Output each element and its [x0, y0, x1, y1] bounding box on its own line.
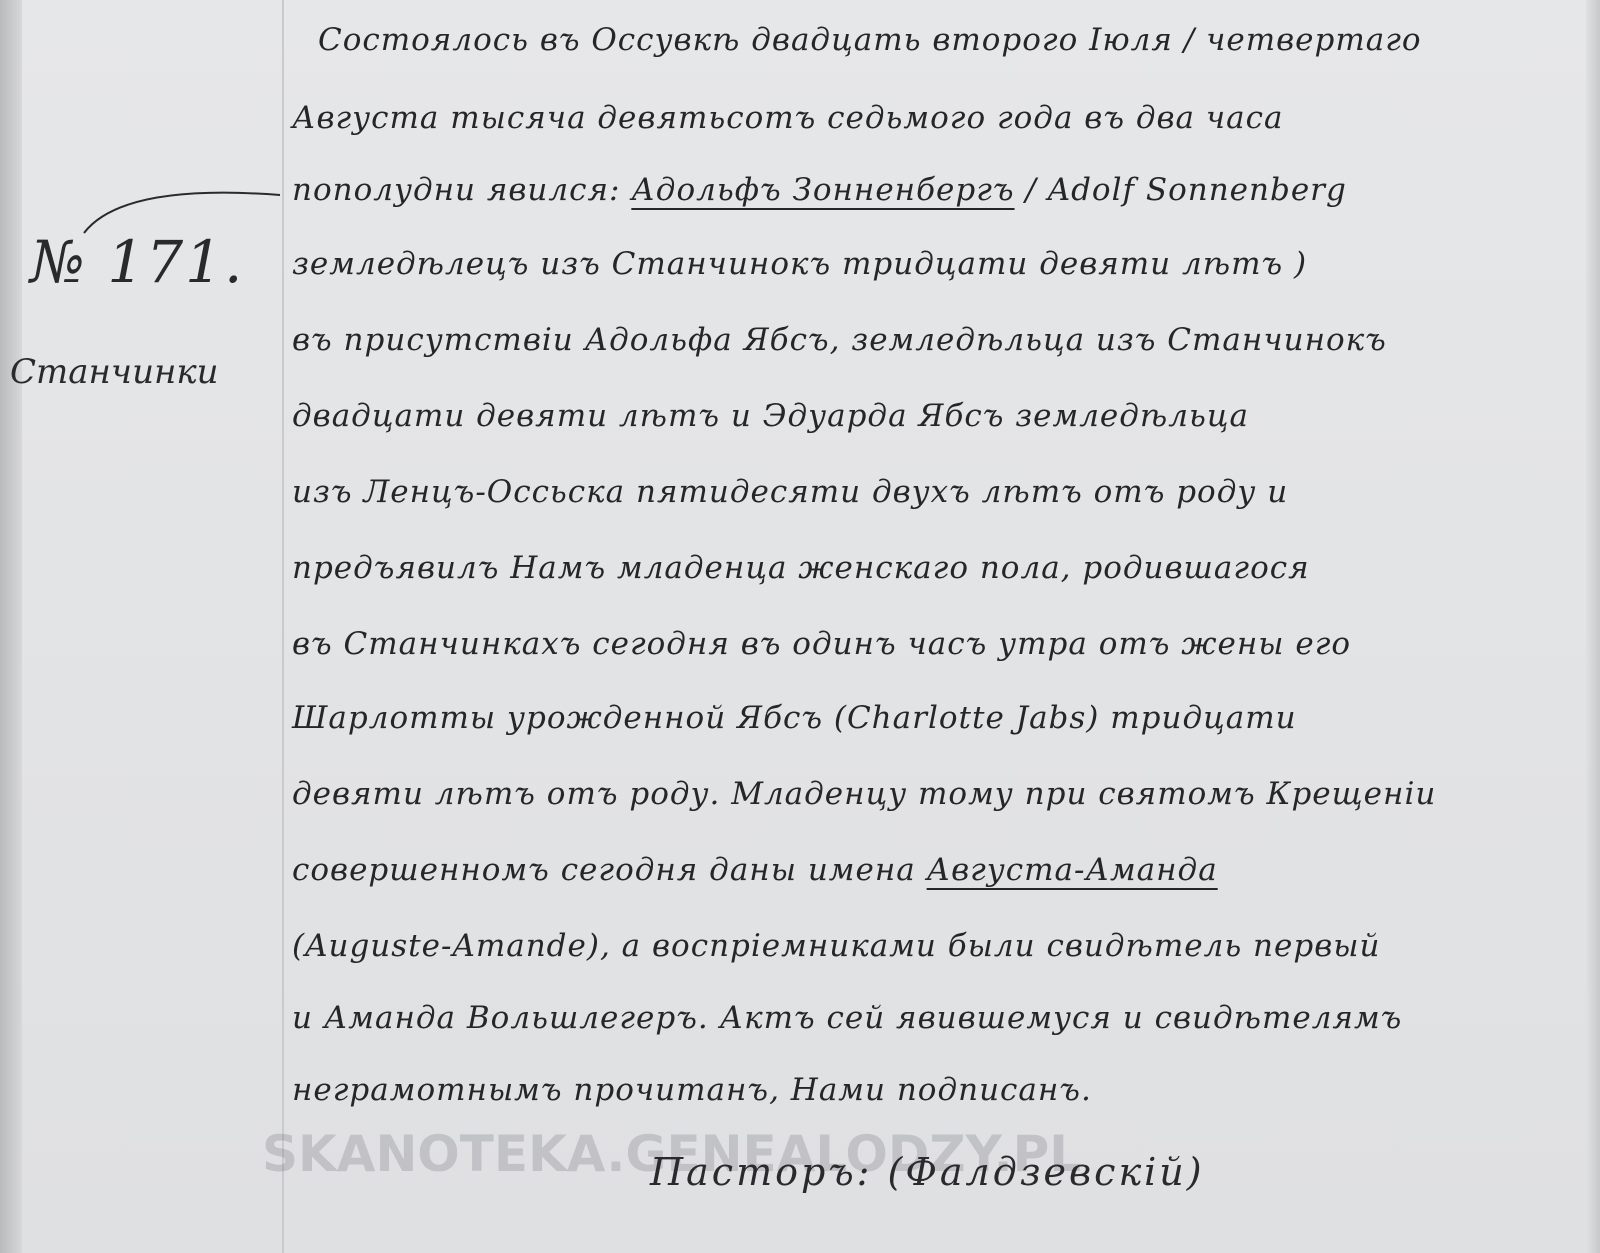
record-line-8: предъявилъ Намъ младенца женскаго пола, … [292, 550, 1310, 586]
record-line-4: земледѣлецъ изъ Станчинокъ тридцати девя… [292, 246, 1307, 282]
record-line-11: девяти лѣтъ отъ роду. Младенцу тому при … [292, 776, 1436, 812]
child-name: Августа-Аманда [927, 852, 1218, 888]
margin-rule-line [282, 0, 284, 1253]
act-number: № 171. [30, 228, 244, 296]
record-line-15: неграмотнымъ прочитанъ, Нами подписанъ. [292, 1072, 1092, 1108]
record-line-1: Состоялось въ Оссувкѣ двадцать второго І… [318, 22, 1422, 58]
record-line-7: изъ Ленцъ-Оссьска пятидесяти двухъ лѣтъ … [292, 474, 1288, 510]
record-line-10: Шарлотты урожденной Ябсъ (Charlotte Jabs… [292, 700, 1297, 736]
flourish-stroke [82, 175, 282, 235]
page-right-edge [1586, 0, 1600, 1253]
record-line-3-suffix: / Adolf Sonnenberg [1015, 172, 1347, 208]
village-name: Станчинки [10, 352, 219, 392]
record-line-12: совершенномъ сегодня даны имена Августа-… [292, 852, 1218, 888]
pastor-signature: Пасторъ: (Фалдзевскій) [650, 1150, 1205, 1194]
record-line-2: Августа тысяча девятьсотъ седьмого года … [292, 100, 1283, 136]
father-name: Адольфъ Зонненбергъ [631, 172, 1014, 208]
record-line-13: (Auguste-Amande), а воспріемниками были … [292, 928, 1380, 964]
record-line-3: пополудни явился: Адольфъ Зонненбергъ / … [292, 172, 1347, 208]
record-line-3-prefix: пополудни явился: [292, 172, 631, 208]
record-line-5: въ присутствіи Адольфа Ябсъ, земледѣльца… [292, 322, 1387, 358]
scanned-document-page: № 171. Станчинки Состоялось въ Оссувкѣ д… [0, 0, 1600, 1253]
record-line-9: въ Станчинкахъ сегодня въ одинъ часъ утр… [292, 626, 1351, 662]
left-margin-column: № 171. Станчинки [0, 0, 282, 1253]
record-line-14: и Аманда Вольшлегеръ. Актъ сей явившемус… [292, 1000, 1402, 1036]
record-line-12-prefix: совершенномъ сегодня даны имена [292, 852, 927, 888]
record-line-6: двадцати девяти лѣтъ и Эдуарда Ябсъ земл… [292, 398, 1249, 434]
